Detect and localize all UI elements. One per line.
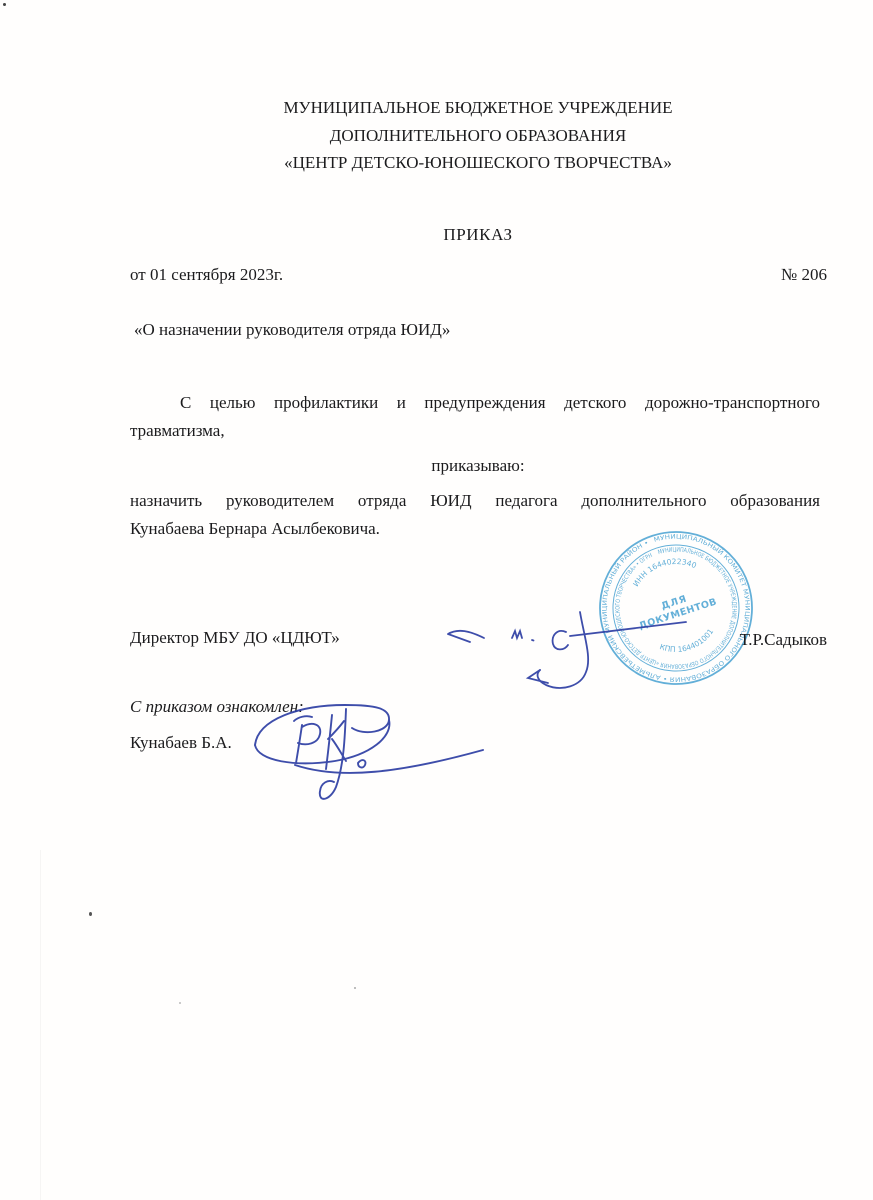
body-paragraph: С целью профилактики и предупреждения де…	[130, 389, 820, 444]
body-line-2: травматизма,	[130, 417, 820, 445]
director-signature	[440, 600, 700, 710]
director-name: Т.Р.Садыков	[740, 626, 827, 653]
acknowledger-name: Кунабаев Б.А.	[130, 729, 232, 756]
org-name-line-1: МУНИЦИПАЛЬНОЕ БЮДЖЕТНОЕ УЧРЕЖДЕНИЕ	[132, 94, 824, 122]
date-number-row: от 01 сентября 2023г. № 206	[130, 261, 827, 288]
scan-speck	[89, 912, 92, 916]
order-line-1: назначить руководителем отряда ЮИД педаг…	[130, 487, 820, 515]
scan-streak	[40, 850, 41, 1200]
body-line-1: С целью профилактики и предупреждения де…	[130, 389, 820, 417]
order-number: № 206	[781, 261, 827, 288]
document-title: ПРИКАЗ	[132, 221, 824, 248]
scanned-order-page: { "document": { "org_lines": [ "МУНИЦИПА…	[0, 0, 873, 1200]
order-paragraph: назначить руководителем отряда ЮИД педаг…	[130, 487, 820, 542]
scan-speck	[3, 3, 6, 6]
org-name-line-2: ДОПОЛНИТЕЛЬНОГО ОБРАЗОВАНИЯ	[132, 122, 824, 150]
order-word: приказываю:	[132, 452, 824, 479]
order-subject: «О назначении руководителя отряда ЮИД»	[134, 316, 450, 343]
scan-speck	[354, 987, 356, 989]
scan-speck	[179, 1002, 181, 1004]
org-name-line-3: «ЦЕНТР ДЕТСКО-ЮНОШЕСКОГО ТВОРЧЕСТВА»	[132, 149, 824, 177]
order-date: от 01 сентября 2023г.	[130, 261, 283, 288]
director-row: Директор МБУ ДО «ЦДЮТ» Т.Р.Садыков	[130, 624, 827, 651]
order-line-2: Кунабаева Бернара Асылбековича.	[130, 515, 820, 543]
acknowledger-signature	[240, 695, 500, 810]
org-header: МУНИЦИПАЛЬНОЕ БЮДЖЕТНОЕ УЧРЕЖДЕНИЕ ДОПОЛ…	[132, 94, 824, 177]
director-label: Директор МБУ ДО «ЦДЮТ»	[130, 628, 340, 647]
